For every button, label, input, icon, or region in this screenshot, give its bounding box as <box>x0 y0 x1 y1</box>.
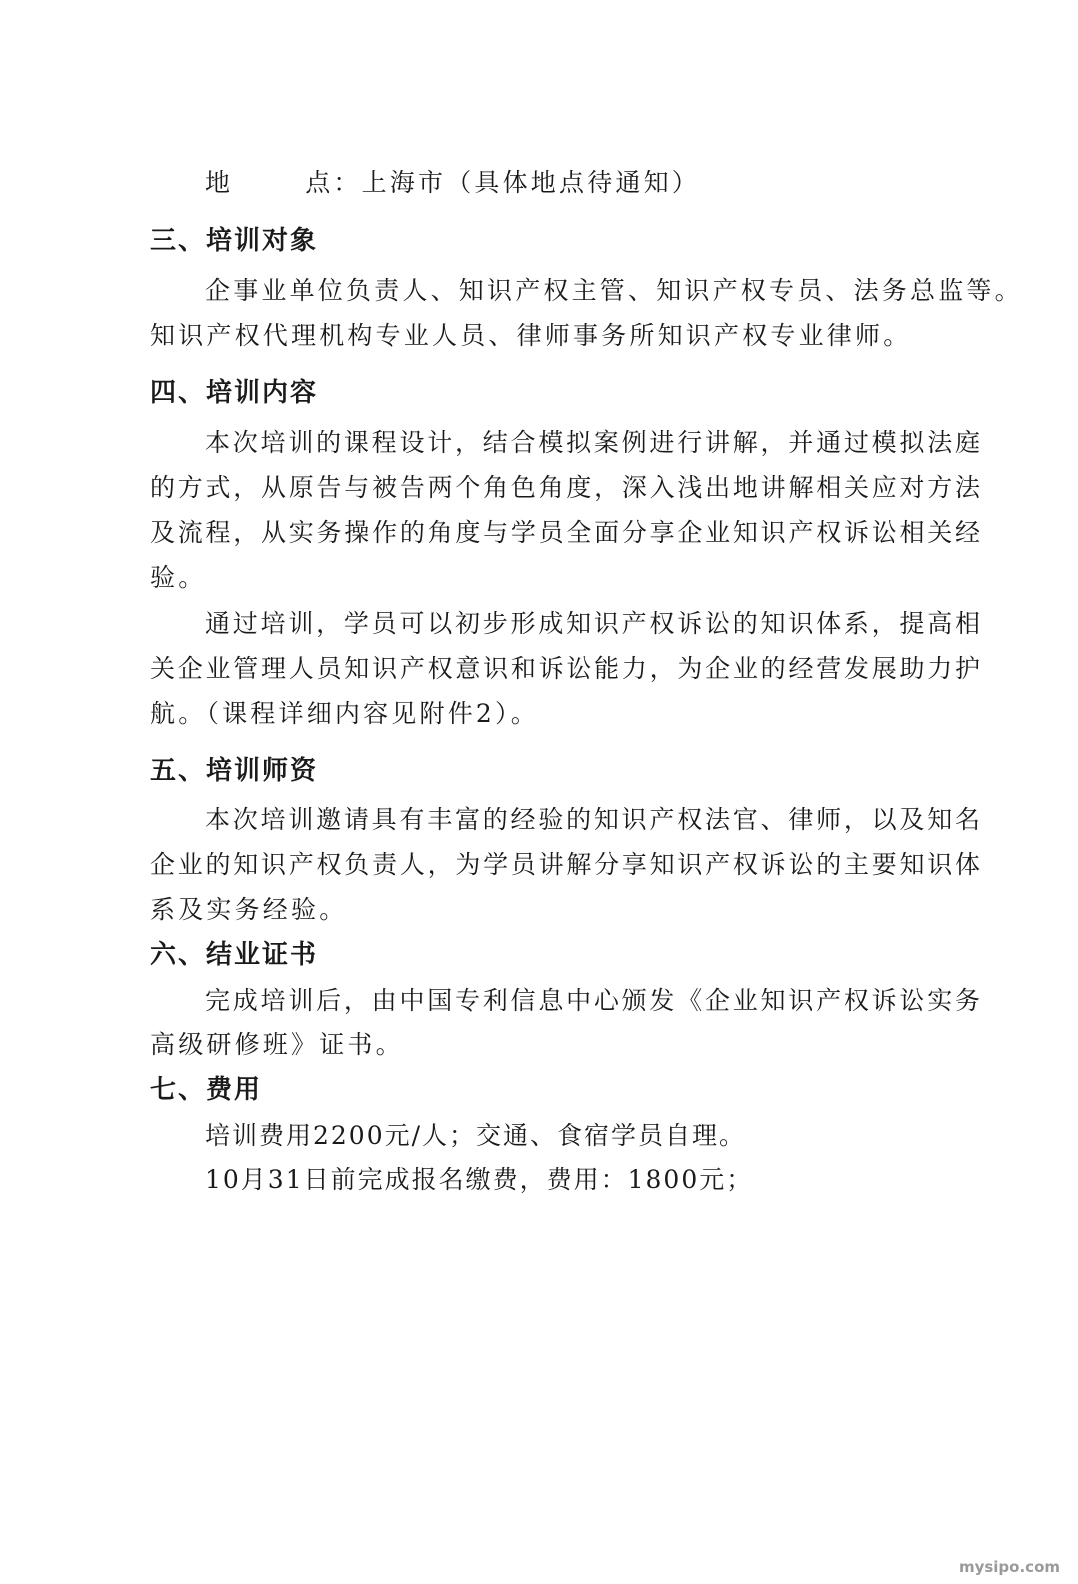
paragraph-line: 关企业管理人员知识产权意识和诉讼能力，为企业的经营发展助力护 <box>150 654 980 684</box>
paragraph-line: 10月31日前完成报名缴费，费用：1800元； <box>205 1165 1035 1195</box>
paragraph-line: 本次培训邀请具有丰富的经验的知识产权法官、律师，以及知名 <box>205 805 980 835</box>
paragraph-line: 高级研修班》证书。 <box>150 1030 980 1060</box>
paragraph-line: 完成培训后，由中国专利信息中心颁发《企业知识产权诉讼实务 <box>205 986 980 1016</box>
paragraph-line: 知识产权代理机构专业人员、律师事务所知识产权专业律师。 <box>150 321 980 351</box>
document-page: 地点：上海市（具体地点待通知） 三、培训对象 企事业单位负责人、知识产权主管、知… <box>0 0 1078 1584</box>
location-value: 上海市（具体地点待通知） <box>362 168 700 197</box>
paragraph-line: 本次培训的课程设计，结合模拟案例进行讲解，并通过模拟法庭 <box>205 428 980 458</box>
section-heading-instructors: 五、培训师资 <box>150 756 980 786</box>
paragraph-line: 验。 <box>150 563 980 593</box>
location-label-a: 地 <box>205 168 233 198</box>
paragraph-line: 企业的知识产权负责人，为学员讲解分享知识产权诉讼的主要知识体 <box>150 850 980 880</box>
paragraph-line: 企事业单位负责人、知识产权主管、知识产权专员、法务总监等。 <box>205 276 980 306</box>
paragraph-line: 航。（课程详细内容见附件2）。 <box>150 699 980 729</box>
paragraph-line: 及流程，从实务操作的角度与学员全面分享企业知识产权诉讼相关经 <box>150 518 980 548</box>
section-heading-audience: 三、培训对象 <box>150 226 980 256</box>
section-heading-certificate: 六、结业证书 <box>150 940 980 970</box>
watermark: mysipo.com <box>959 1558 1060 1576</box>
paragraph-line: 的方式，从原告与被告两个角色角度，深入浅出地讲解相关应对方法 <box>150 473 980 503</box>
paragraph-line: 培训费用2200元/人；交通、食宿学员自理。 <box>205 1121 1035 1151</box>
section-heading-content: 四、培训内容 <box>150 378 980 408</box>
paragraph-line: 通过培训，学员可以初步形成知识产权诉讼的知识体系，提高相 <box>205 609 980 639</box>
location-label-b: 点： <box>305 168 361 198</box>
section-heading-fees: 七、费用 <box>150 1075 980 1105</box>
paragraph-line: 系及实务经验。 <box>150 895 980 925</box>
location-line: 地点：上海市（具体地点待通知） <box>205 168 1035 198</box>
